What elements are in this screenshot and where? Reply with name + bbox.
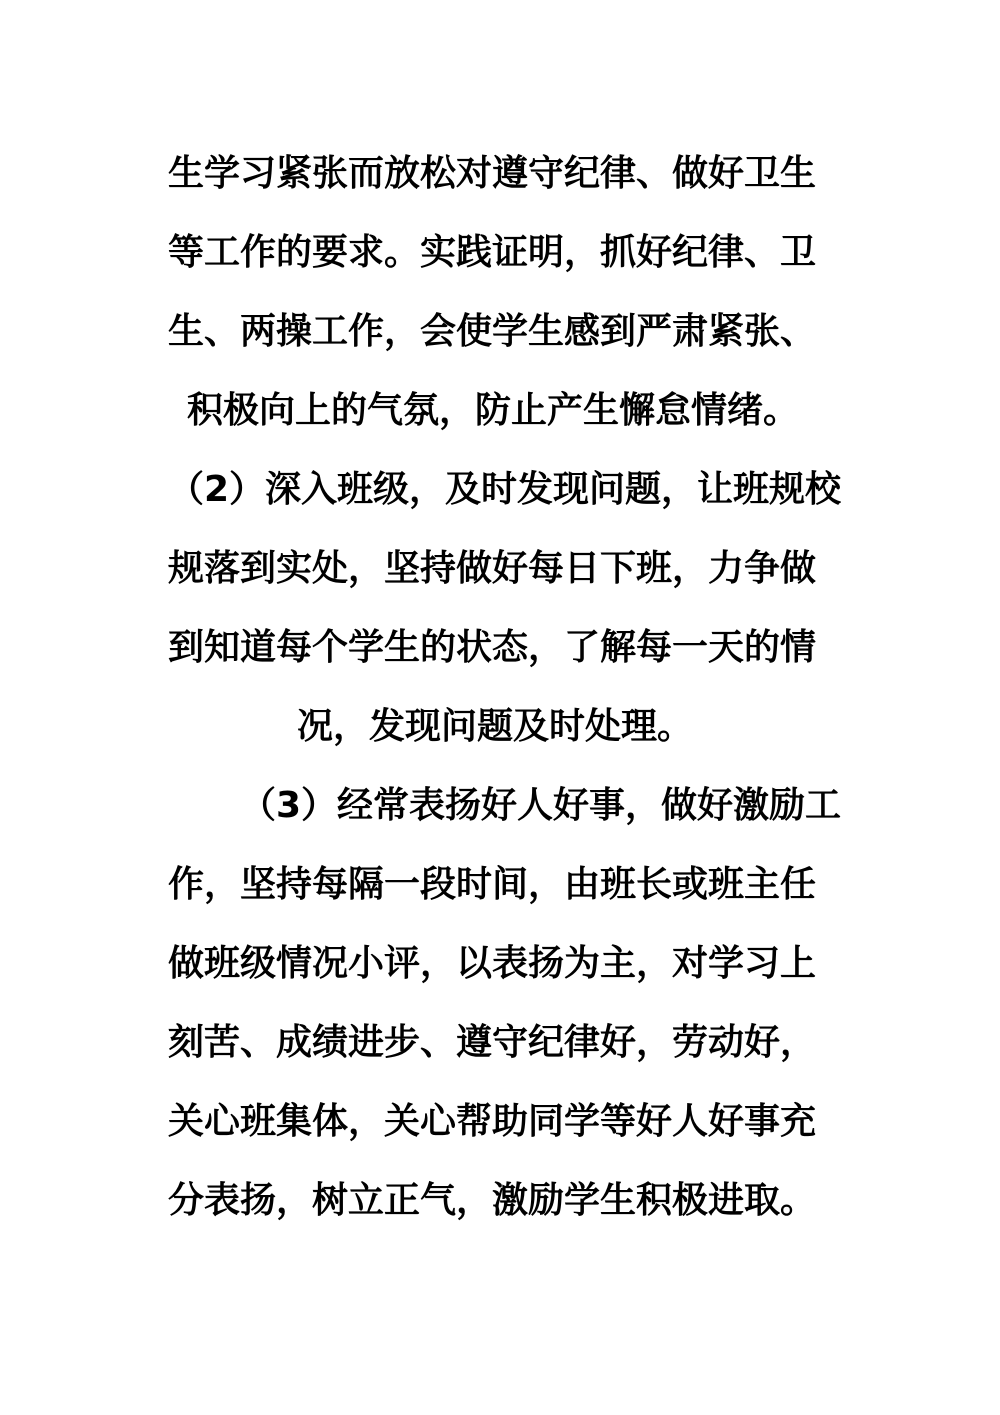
text-line: 规落到实处，坚持做好每日下班，力争做	[168, 547, 816, 591]
text-line: 等工作的要求。实践证明，抓好纪律、卫	[168, 231, 816, 275]
text-line: 关心班集体，关心帮助同学等好人好事充	[168, 1100, 816, 1144]
text-line: 分表扬，树立正气，激励学生积极进取。	[168, 1179, 816, 1223]
text-line: 生、两操工作，会使学生感到严肃紧张、	[168, 310, 816, 354]
text-line: 作，坚持每隔一段时间，由班长或班主任	[168, 863, 816, 907]
text-line: 生学习紧张而放松对遵守纪律、做好卫生	[168, 152, 816, 196]
text-line: 到知道每个学生的状态，了解每一天的情	[168, 626, 816, 670]
text-line: （2）深入班级，及时发现问题，让班规校	[168, 468, 841, 512]
text-line: 刻苦、成绩进步、遵守纪律好，劳动好，	[168, 1021, 816, 1065]
text-line: 积极向上的气氛，防止产生懈怠情绪。	[187, 389, 799, 433]
text-line: 做班级情况小评，以表扬为主，对学习上	[168, 942, 816, 986]
text-line: 况，发现问题及时处理。	[297, 705, 693, 749]
text-line: （3）经常表扬好人好事，做好激励工	[240, 784, 841, 828]
document-page: 生学习紧张而放松对遵守纪律、做好卫生 等工作的要求。实践证明，抓好纪律、卫 生、…	[0, 0, 1000, 1415]
